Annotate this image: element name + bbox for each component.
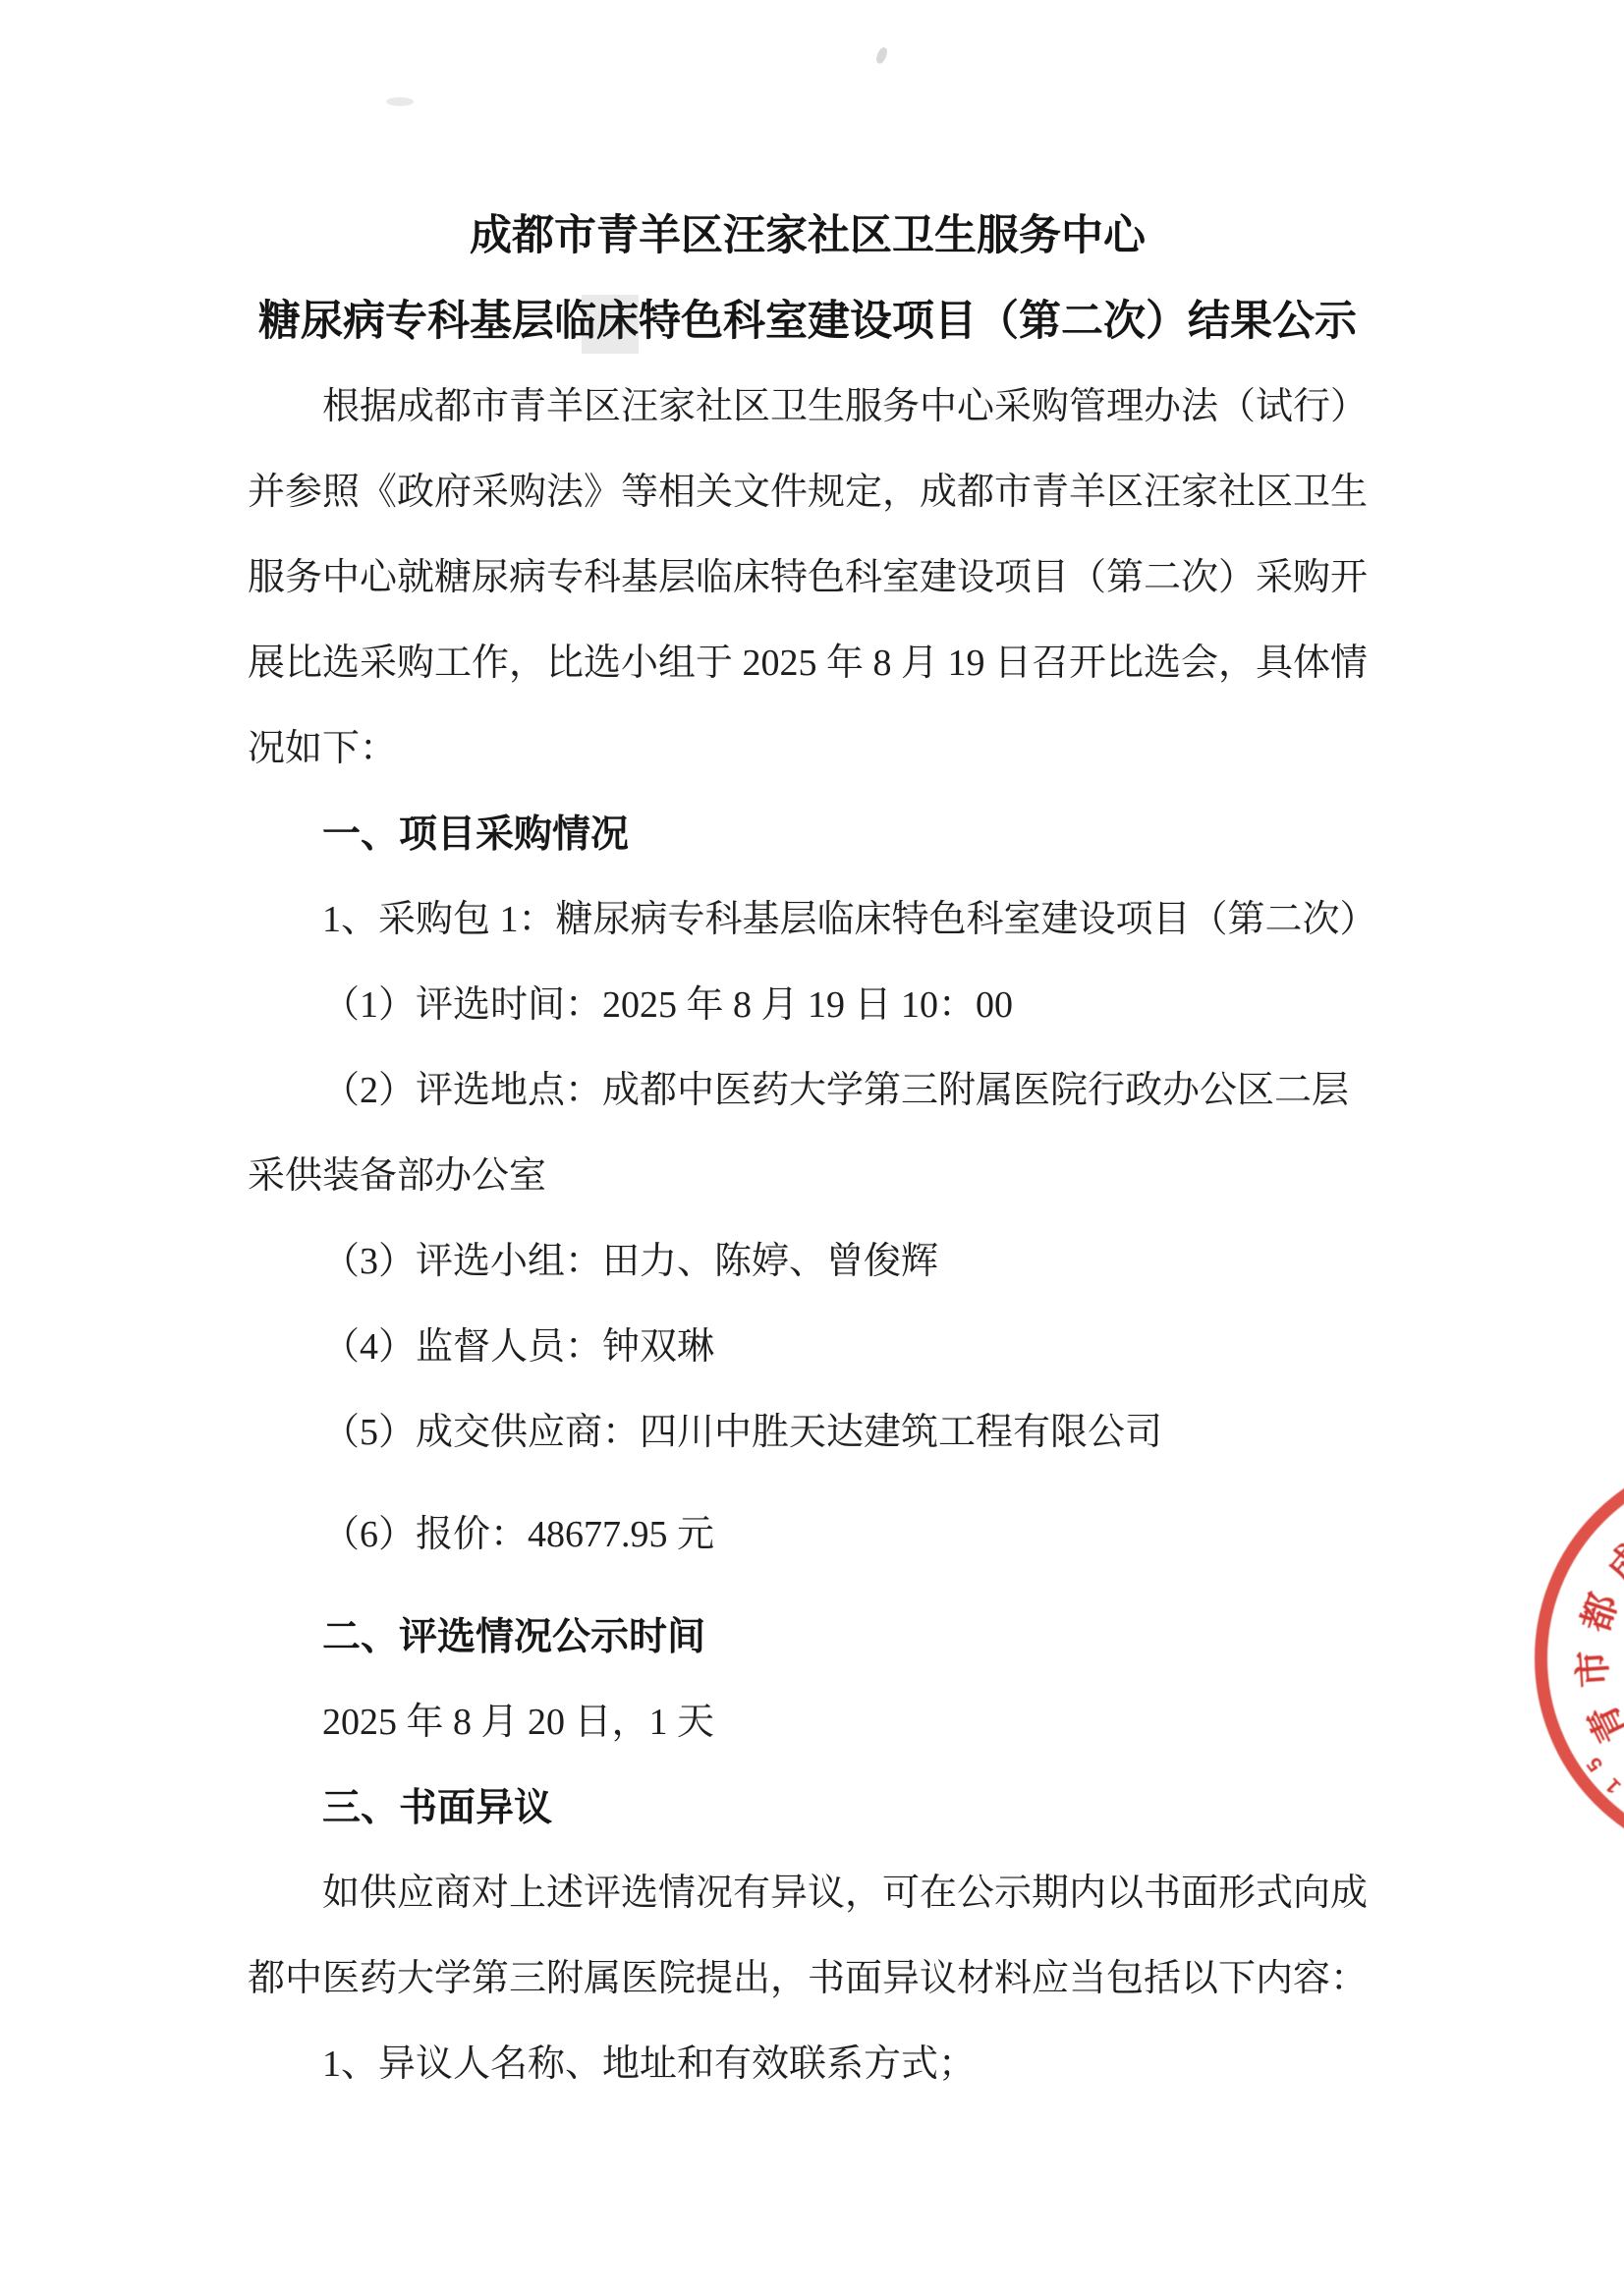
document-line: （3）评选小组：田力、陈婷、曾俊辉 [248,1219,1368,1305]
official-seal: 成都市青519 [1535,1452,1624,1865]
seal-arc-character: 都 [1572,1585,1624,1642]
document-line: 并参照《政府采购法》等相关文件规定，成都市青羊区汪家社区卫生 [248,450,1368,535]
document-line: （5）成交供应商：四川中胜天达建筑工程有限公司 [248,1390,1368,1476]
document-line: 如供应商对上述评选情况有异议，可在公示期内以书面形式向成 [248,1851,1368,1936]
document-title-line: 糖尿病专科基层临床特色科室建设项目（第二次）结果公示 [248,279,1368,364]
document-line: （2）评选地点：成都中医药大学第三附属医院行政办公区二层 [248,1048,1368,1134]
document-line: 服务中心就糖尿病专科基层临床特色科室建设项目（第二次）采购开 [248,535,1368,621]
scan-artifact [874,46,889,65]
document-line: （4）监督人员：钟双琳 [248,1305,1368,1390]
seal-arc-character: 成 [1596,1532,1624,1595]
document-line: 2025 年 8 月 20 日，1 天 [248,1680,1368,1765]
section-heading: 三、书面异议 [248,1765,1368,1851]
document-line: 采供装备部办公室 [248,1134,1368,1219]
document-line: 1、异议人名称、地址和有效联系方式； [248,2022,1368,2107]
seal-arc-character: 市 [1570,1645,1618,1693]
document-line: 展比选采购工作，比选小组于 2025 年 8 月 19 日召开比选会，具体情 [248,621,1368,706]
document-line: （1）评选时间：2025 年 8 月 19 日 10：00 [248,963,1368,1048]
scan-artifact [386,97,414,106]
document-line: 1、采购包 1：糖尿病专科基层临床特色科室建设项目（第二次） [248,877,1368,963]
document-line: 都中医药大学第三附属医院提出，书面异议材料应当包括以下内容： [248,1936,1368,2022]
document-page: 成都市青羊区汪家社区卫生服务中心糖尿病专科基层临床特色科室建设项目（第二次）结果… [0,0,1624,2295]
seal-arc-character: 青 [1578,1693,1624,1754]
section-heading: 二、评选情况公示时间 [248,1595,1368,1680]
section-heading: 一、项目采购情况 [248,792,1368,877]
document-line: 根据成都市青羊区汪家社区卫生服务中心采购管理办法（试行） [248,364,1368,450]
document-title-line: 成都市青羊区汪家社区卫生服务中心 [248,194,1368,279]
document-content: 成都市青羊区汪家社区卫生服务中心糖尿病专科基层临床特色科室建设项目（第二次）结果… [248,194,1368,2107]
document-line: 况如下： [248,706,1368,792]
document-line: （6）报价：48677.95 元 [248,1492,1368,1578]
